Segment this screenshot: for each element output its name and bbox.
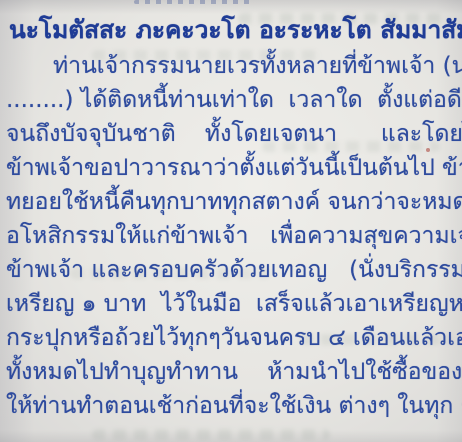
text-line: เหรียญ ๑ บาท ไว้ในมือ เสร็จแล้วเอาเหรียญ… bbox=[6, 287, 460, 321]
text-line: ทยอยใช้หนี้คืนทุกบาททุกสตางค์ จนกว่าจะหม… bbox=[6, 185, 460, 219]
text-line: กระปุกหรือถ้วยไว้ทุกๆวันจนครบ ๔ เดือนแล้… bbox=[6, 321, 460, 355]
text-line: ท่านเจ้ากรรมนายเวรทั้งหลายที่ข้าพเจ้า (น… bbox=[6, 49, 460, 83]
bleed-through-ghost bbox=[92, 429, 330, 440]
prayer-header: นะโมตัสสะ ภะคะวะโต อะระหะโต สัมมาสัมพุทธ… bbox=[9, 13, 459, 46]
text-line: ........) ได้ติดหนี้ท่านเท่าใด เวลาใด ตั… bbox=[6, 83, 460, 117]
text-line: ทั้งหมดไปทำบุญทำทาน ห้ามนำไปใช้ซื้อของกล… bbox=[6, 355, 460, 389]
text-line: ข้าพเจ้าขอปาวารณาว่าตั้งแต่วันนี้เป็นต้น… bbox=[6, 151, 460, 185]
scanned-page: นะโมตัสสะ ภะคะวะโต อะระหะโต สัมมาสัมพุทธ… bbox=[0, 0, 462, 442]
text-line: ให้ท่านทำตอนเช้าก่อนที่จะใช้เงิน ต่างๆ ใ… bbox=[6, 389, 460, 423]
text-line: จนถึงบัจจุบันชาติ ทั้งโดยเจตนา และโดยไม่… bbox=[6, 117, 460, 151]
clipped-text-fragment bbox=[134, 0, 252, 4]
text-line: ข้าพเจ้า และครอบครัวด้วยเทอญ (นั่งบริกรร… bbox=[6, 253, 460, 287]
text-line: อโหสิกรรมให้แก่ข้าพเจ้า เพื่อความสุขความ… bbox=[6, 219, 460, 253]
prayer-body: ท่านเจ้ากรรมนายเวรทั้งหลายที่ข้าพเจ้า (น… bbox=[6, 49, 460, 423]
